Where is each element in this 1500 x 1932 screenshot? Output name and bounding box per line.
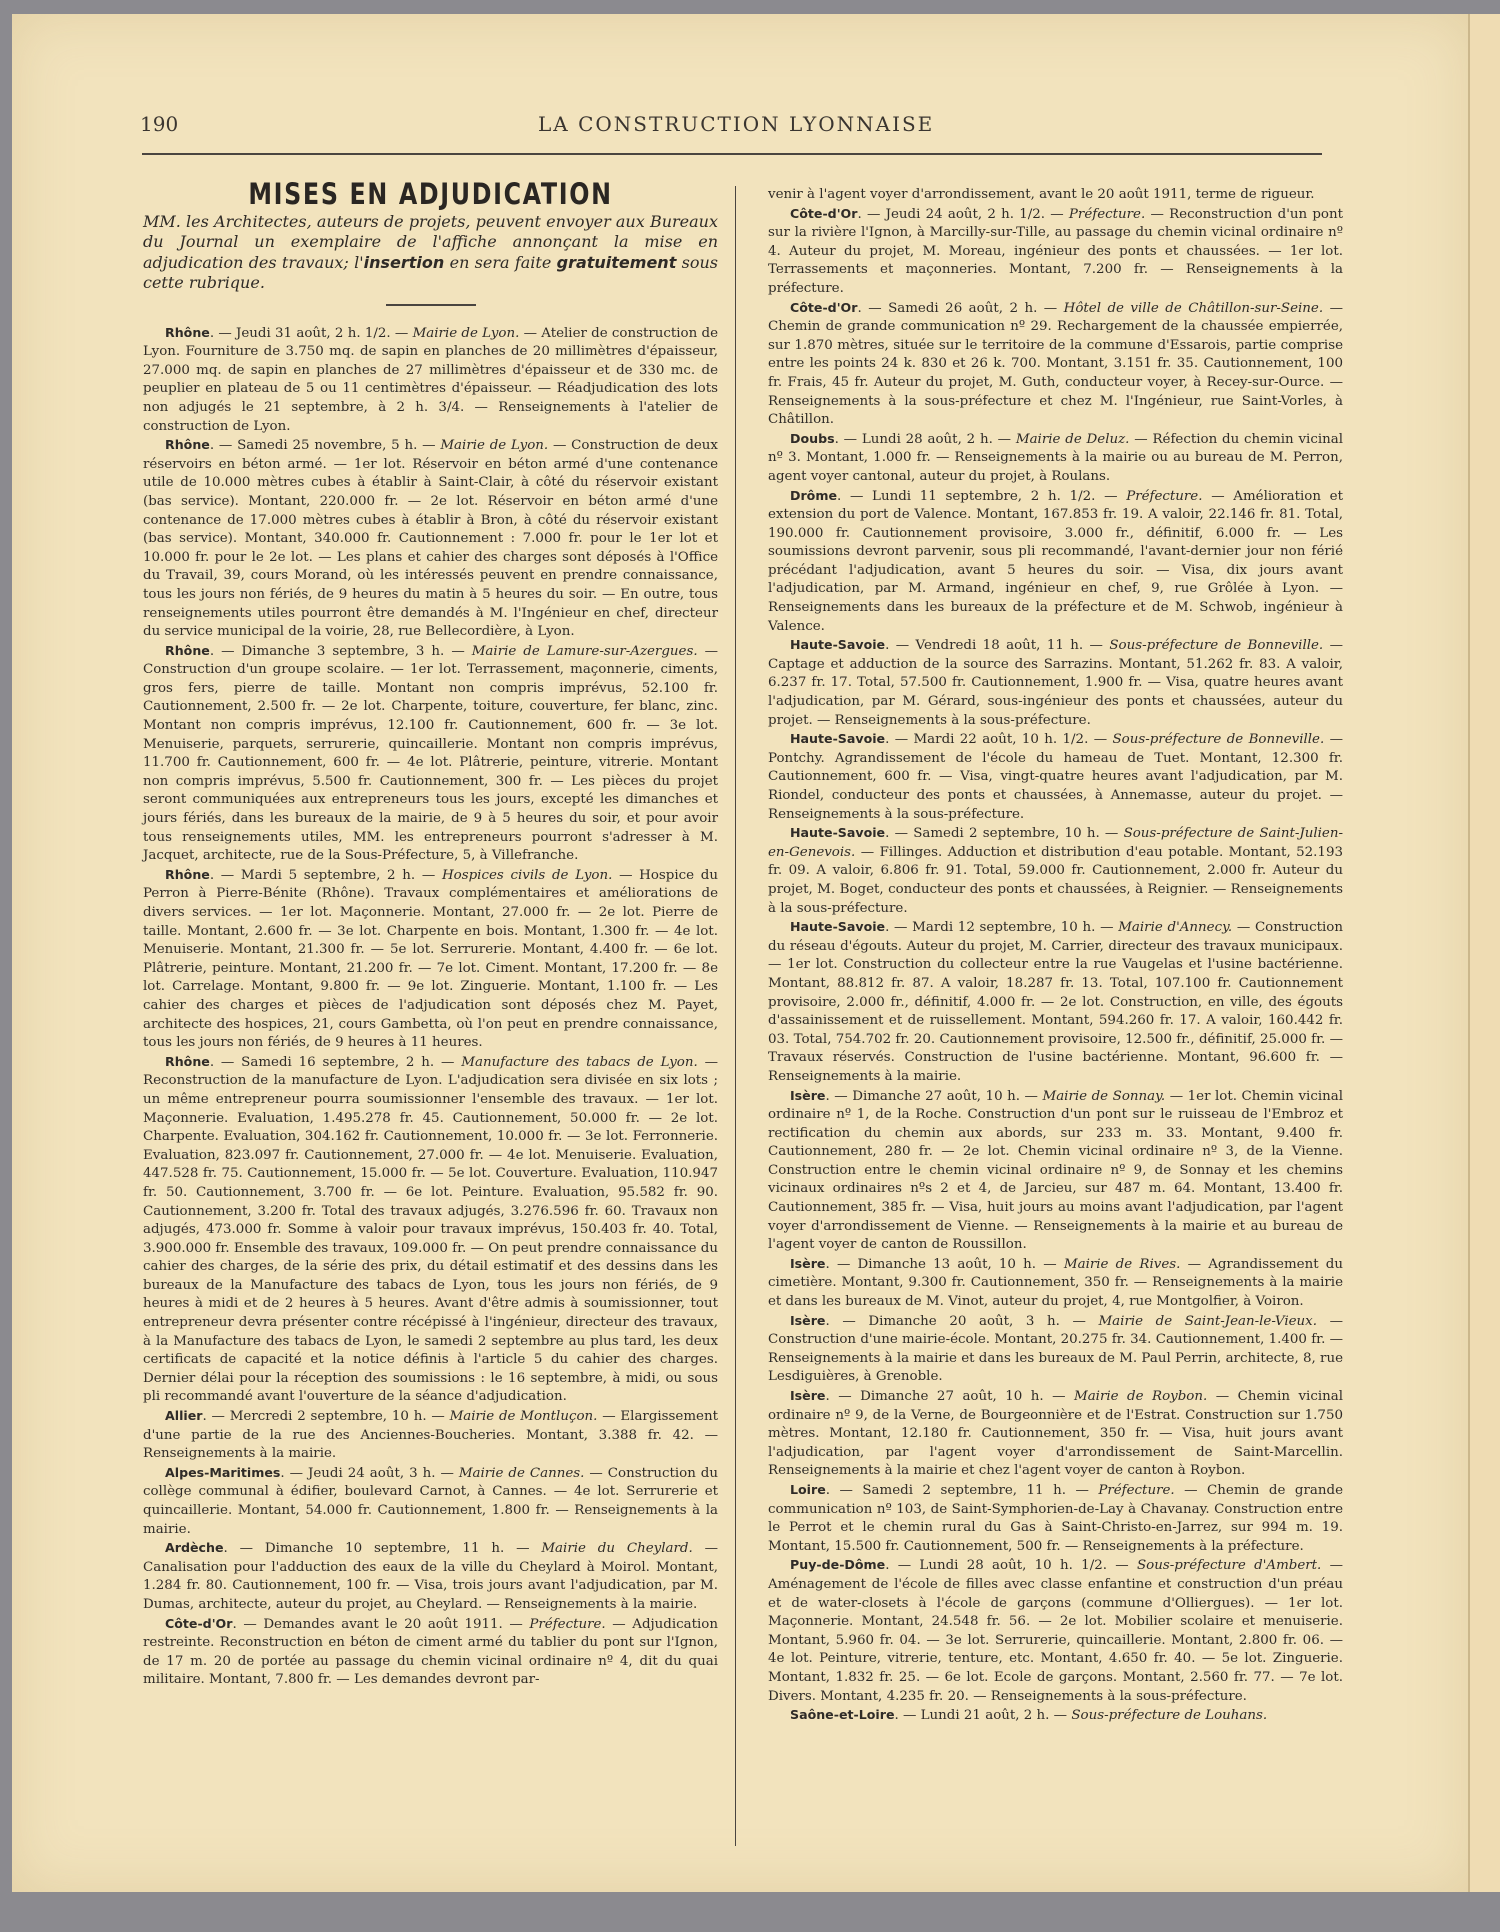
listing-place: Mairie de Roybon. [1074, 1389, 1207, 1404]
listing-place: Hôtel de ville de Châtillon-sur-Seine. [1064, 301, 1323, 316]
department-name: Rhône [165, 643, 210, 658]
department-name: Drôme [790, 488, 837, 503]
listing-entry: Rhône. — Mardi 5 septembre, 2 h. — Hospi… [143, 866, 718, 1053]
listing-date: . — Dimanche 27 août, 10 h. — [825, 1389, 1074, 1404]
listing-entry: Saône-et-Loire. — Lundi 21 août, 2 h. — … [768, 1706, 1343, 1726]
intro-bold: insertion [364, 253, 445, 272]
listing-date: . — Samedi 16 septembre, 2 h. — [210, 1055, 461, 1070]
listing-entry: Rhône. — Jeudi 31 août, 2 h. 1/2. — Mair… [143, 324, 718, 437]
listing-place: Mairie de Lamure-sur-Azergues. [472, 644, 698, 659]
listing-place: Sous-préfecture d'Ambert. [1137, 1558, 1321, 1573]
left-column: MISES EN ADJUDICATION MM. les Architecte… [143, 175, 718, 1690]
listing-date: . — Samedi 2 septembre, 10 h. — [885, 826, 1123, 841]
department-name: Côte-d'Or [165, 1616, 232, 1631]
listing-text: venir à l'agent voyer d'arrondissement, … [768, 187, 1315, 202]
department-name: Côte-d'Or [790, 206, 857, 221]
listing-date: . — Samedi 26 août, 2 h. — [857, 301, 1063, 316]
listing-date: . — Jeudi 24 août, 3 h. — [280, 1466, 458, 1481]
listing-place: Mairie de Saint-Jean-le-Vieux. [1098, 1314, 1317, 1329]
adjacent-page-edge [1468, 14, 1500, 1892]
listing-date: . — Dimanche 27 août, 10 h. — [825, 1089, 1042, 1104]
listing-text: — Reconstruction de la manufacture de Ly… [143, 1055, 718, 1405]
department-name: Puy-de-Dôme [790, 1557, 885, 1572]
listing-place: Préfecture. [1098, 1483, 1174, 1498]
listing-text: — Chemin de grande communication nº 29. … [768, 301, 1343, 428]
department-name: Allier [165, 1408, 202, 1423]
listing-date: . — Jeudi 24 août, 2 h. 1/2. — [857, 207, 1068, 222]
listing-entry: Côte-d'Or. — Demandes avant le 20 août 1… [143, 1615, 718, 1690]
listing-date: . — Dimanche 20 août, 3 h. — [825, 1314, 1098, 1329]
running-title: LA CONSTRUCTION LYONNAISE [538, 112, 934, 136]
listing-date: . — Dimanche 3 septembre, 3 h. — [210, 644, 472, 659]
department-name: Haute-Savoie [790, 919, 885, 934]
listing-text: — Construction d'un groupe scolaire. — 1… [143, 644, 718, 864]
department-name: Isère [790, 1388, 825, 1403]
listing-entry: Haute-Savoie. — Mardi 12 septembre, 10 h… [768, 918, 1343, 1086]
listing-date: . — Jeudi 31 août, 2 h. 1/2. — [210, 326, 413, 341]
right-column: venir à l'agent voyer d'arrondissement, … [768, 186, 1343, 1726]
section-title: MISES EN ADJUDICATION [195, 185, 667, 204]
column-divider [735, 186, 736, 1846]
department-name: Haute-Savoie [790, 825, 885, 840]
listing-entry: Isère. — Dimanche 13 août, 10 h. — Mairi… [768, 1255, 1343, 1312]
listing-entry: Drôme. — Lundi 11 septembre, 2 h. 1/2. —… [768, 487, 1343, 637]
listing-date: . — Lundi 28 août, 2 h. — [835, 432, 1016, 447]
listing-date: . — Samedi 25 novembre, 5 h. — [210, 438, 441, 453]
listing-text: — Construction de deux réservoirs en bét… [143, 438, 718, 639]
department-name: Haute-Savoie [790, 637, 885, 652]
department-name: Ardèche [165, 1540, 224, 1555]
listing-entry: Ardèche. — Dimanche 10 septembre, 11 h. … [143, 1539, 718, 1614]
right-entries: venir à l'agent voyer d'arrondissement, … [768, 186, 1343, 1726]
listing-entry: Loire. — Samedi 2 septembre, 11 h. — Pré… [768, 1481, 1343, 1556]
listing-place: Manufacture des tabacs de Lyon. [461, 1055, 697, 1070]
listing-place: Mairie de Lyon. [413, 326, 520, 341]
listing-text: — Fillinges. Adduction et distribution d… [768, 845, 1343, 916]
listing-place: Mairie de Sonnay. [1042, 1089, 1165, 1104]
listing-date: . — Dimanche 13 août, 10 h. — [825, 1257, 1063, 1272]
department-name: Isère [790, 1313, 825, 1328]
listing-entry: Doubs. — Lundi 28 août, 2 h. — Mairie de… [768, 430, 1343, 487]
department-name: Isère [790, 1088, 825, 1103]
listing-date: . — Mardi 22 août, 10 h. 1/2. — [885, 732, 1112, 747]
listing-entry: Isère. — Dimanche 27 août, 10 h. — Mairi… [768, 1387, 1343, 1481]
listing-date: . — Samedi 2 septembre, 11 h. — [826, 1483, 1099, 1498]
section-intro: MM. les Architectes, auteurs de projets,… [143, 212, 718, 294]
page-header: 190 LA CONSTRUCTION LYONNAISE [140, 112, 1320, 142]
listing-place: Préfecture. [529, 1617, 605, 1632]
listing-entry: Rhône. — Dimanche 3 septembre, 3 h. — Ma… [143, 642, 718, 866]
listing-entry: Haute-Savoie. — Samedi 2 septembre, 10 h… [768, 824, 1343, 918]
listing-entry: venir à l'agent voyer d'arrondissement, … [768, 186, 1343, 205]
department-name: Haute-Savoie [790, 731, 885, 746]
listing-entry: Allier. — Mercredi 2 septembre, 10 h. — … [143, 1407, 718, 1464]
listing-place: Préfecture. [1126, 489, 1202, 504]
section-rule [386, 304, 476, 306]
intro-text: en sera faite [444, 253, 556, 272]
listing-place: Sous-préfecture de Bonneville. [1112, 732, 1324, 747]
listing-place: Mairie de Deluz. [1016, 432, 1130, 447]
listing-date: . — Lundi 21 août, 2 h. — [895, 1708, 1072, 1723]
listing-place: Mairie d'Annecy. [1118, 920, 1232, 935]
listing-date: . — Dimanche 10 septembre, 11 h. — [224, 1541, 542, 1556]
listing-place: Hospices civils de Lyon. [442, 868, 612, 883]
listing-place: Mairie de Montluçon. [450, 1409, 598, 1424]
listing-place: Mairie de Rives. [1064, 1257, 1181, 1272]
listing-text: — Atelier de construction de Lyon. Fourn… [143, 326, 718, 434]
listing-date: . — Mardi 5 septembre, 2 h. — [210, 868, 442, 883]
listing-date: . — Mardi 12 septembre, 10 h. — [885, 920, 1118, 935]
listing-place: Préfecture. [1069, 207, 1145, 222]
listing-place: Mairie de Lyon. [440, 438, 548, 453]
left-entries: Rhône. — Jeudi 31 août, 2 h. 1/2. — Mair… [143, 324, 718, 1690]
department-name: Rhône [165, 867, 210, 882]
listing-date: . — Lundi 11 septembre, 2 h. 1/2. — [837, 489, 1126, 504]
listing-entry: Isère. — Dimanche 20 août, 3 h. — Mairie… [768, 1312, 1343, 1387]
page-number: 190 [140, 112, 178, 136]
listing-text: — 1er lot. Chemin vicinal ordinaire nº 1… [768, 1089, 1343, 1253]
listing-text: — Amélioration et extension du port de V… [768, 489, 1343, 634]
department-name: Rhône [165, 437, 210, 452]
header-rule [142, 153, 1322, 155]
listing-text: — Hospice du Perron à Pierre-Bénite (Rhô… [143, 868, 718, 1050]
department-name: Doubs [790, 431, 835, 446]
department-name: Rhône [165, 1054, 210, 1069]
listing-place: Sous-préfecture de Bonneville. [1109, 638, 1323, 653]
listing-entry: Rhône. — Samedi 16 septembre, 2 h. — Man… [143, 1053, 718, 1407]
listing-entry: Alpes-Maritimes. — Jeudi 24 août, 3 h. —… [143, 1464, 718, 1539]
listing-place: Mairie du Cheylard. [541, 1541, 692, 1556]
department-name: Loire [790, 1482, 826, 1497]
listing-date: . — Demandes avant le 20 août 1911. — [232, 1617, 529, 1632]
department-name: Alpes-Maritimes [165, 1465, 280, 1480]
listing-place: Mairie de Cannes. [459, 1466, 585, 1481]
listing-text: — Aménagement de l'école de filles avec … [768, 1558, 1343, 1703]
listing-entry: Côte-d'Or. — Jeudi 24 août, 2 h. 1/2. — … [768, 205, 1343, 299]
listing-entry: Isère. — Dimanche 27 août, 10 h. — Mairi… [768, 1087, 1343, 1255]
listing-entry: Côte-d'Or. — Samedi 26 août, 2 h. — Hôte… [768, 299, 1343, 430]
listing-date: . — Lundi 28 août, 10 h. 1/2. — [885, 1558, 1137, 1573]
listing-entry: Haute-Savoie. — Mardi 22 août, 10 h. 1/2… [768, 730, 1343, 824]
listing-date: . — Mercredi 2 septembre, 10 h. — [202, 1409, 449, 1424]
department-name: Saône-et-Loire [790, 1707, 895, 1722]
listing-text: — Construction du réseau d'égouts. Auteu… [768, 920, 1343, 1084]
listing-entry: Haute-Savoie. — Vendredi 18 août, 11 h. … [768, 636, 1343, 730]
listing-entry: Puy-de-Dôme. — Lundi 28 août, 10 h. 1/2.… [768, 1556, 1343, 1706]
department-name: Isère [790, 1256, 825, 1271]
department-name: Côte-d'Or [790, 300, 857, 315]
listing-entry: Rhône. — Samedi 25 novembre, 5 h. — Mair… [143, 436, 718, 642]
listing-date: . — Vendredi 18 août, 11 h. — [885, 638, 1109, 653]
listing-place: Sous-préfecture de Louhans. [1071, 1708, 1267, 1723]
department-name: Rhône [165, 325, 210, 340]
intro-bold: gratuitement [557, 253, 677, 272]
